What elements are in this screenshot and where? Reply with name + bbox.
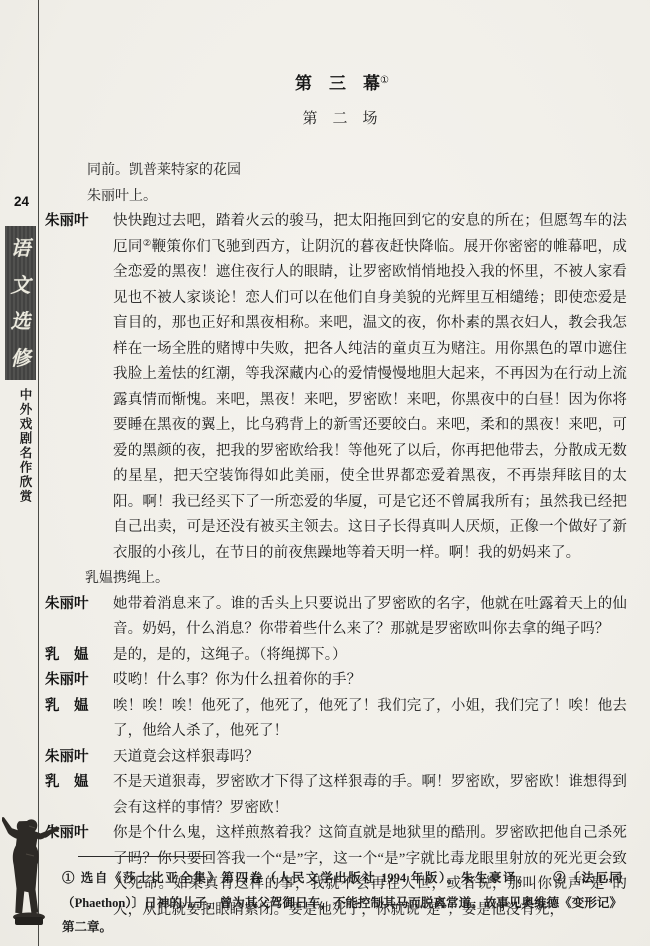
- dialogue-line: 乳 媪不是天道狠毒，罗密欧才下得了这样狠毒的手。啊！罗密欧，罗密欧！谁想得到会有…: [45, 770, 627, 821]
- footnote-divider: [78, 856, 206, 857]
- speech-text: 哎哟！什么事？你为什么扭着你的手？: [113, 668, 627, 694]
- stage-direction: 乳媪携绳上。: [45, 566, 627, 592]
- footnote-block: ① 选自《莎士比亚全集》第四卷（人民文学出版社 1994 年版）。朱生豪译。 ②…: [62, 848, 622, 940]
- setting-direction: 同前。凯普莱特家的花园: [45, 158, 627, 184]
- book-page: 24 语 文 选 修 中外戏剧名作欣赏 第 三 幕① 第 二 场 同前。凯普莱特…: [0, 0, 650, 946]
- speech-text: 是的，是的，这绳子。（将绳掷下。）: [113, 643, 627, 669]
- statue-illustration: [2, 814, 60, 932]
- speaker-name: 朱丽叶: [45, 745, 89, 771]
- speech-text: 快快跑过去吧，踏着火云的骏马，把太阳拖回到它的安息的所在；但愿驾车的法厄同②鞭策…: [113, 209, 627, 566]
- speaker-name: 朱丽叶: [45, 668, 89, 694]
- series-char: 选: [11, 311, 31, 331]
- speech-text: 不是天道狠毒，罗密欧才下得了这样狠毒的手。啊！罗密欧，罗密欧！谁想得到会有这样的…: [113, 770, 627, 821]
- speaker-name: 乳 媪: [45, 694, 89, 720]
- speech-text: 她带着消息来了。谁的舌头上只要说出了罗密欧的名字，他就在吐露着天上的仙音。奶妈，…: [113, 592, 627, 643]
- subseries-vertical-label: 中外戏剧名作欣赏: [16, 388, 34, 504]
- series-char: 修: [11, 348, 31, 368]
- margin-rule: [38, 0, 39, 946]
- act-title: 第 三 幕①: [45, 70, 627, 95]
- dialogue-line: 朱丽叶天道竟会这样狠毒吗？: [45, 745, 627, 771]
- main-text-column: 第 三 幕① 第 二 场 同前。凯普莱特家的花园 朱丽叶上。 朱丽叶快快跑过去吧…: [45, 0, 627, 923]
- series-banner: 语 文 选 修: [5, 226, 36, 380]
- dialogue-line: 乳 媪是的，是的，这绳子。（将绳掷下。）: [45, 643, 627, 669]
- entrance-direction: 朱丽叶上。: [45, 184, 627, 210]
- dialogue-line: 朱丽叶她带着消息来了。谁的舌头上只要说出了罗密欧的名字，他就在吐露着天上的仙音。…: [45, 592, 627, 643]
- dialogue-line: 朱丽叶哎哟！什么事？你为什么扭着你的手？: [45, 668, 627, 694]
- scene-title: 第 二 场: [45, 108, 627, 129]
- speaker-name: 乳 媪: [45, 770, 89, 796]
- speech-text: 天道竟会这样狠毒吗？: [113, 745, 627, 771]
- speaker-name: 朱丽叶: [45, 209, 89, 235]
- act-title-text: 第 三 幕: [295, 74, 380, 93]
- speaker-name: 朱丽叶: [45, 592, 89, 618]
- dialogue-list: 朱丽叶快快跑过去吧，踏着火云的骏马，把太阳拖回到它的安息的所在；但愿驾车的法厄同…: [45, 209, 627, 923]
- page-number: 24: [14, 194, 29, 209]
- series-char: 语: [11, 238, 31, 258]
- act-title-note: ①: [380, 75, 389, 86]
- series-char: 文: [11, 275, 31, 295]
- footnote-text: ① 选自《莎士比亚全集》第四卷（人民文学出版社 1994 年版）。朱生豪译。 ②…: [62, 866, 622, 940]
- dialogue-line: 乳 媪唉！唉！唉！他死了，他死了，他死了！我们完了，小姐，我们完了！唉！他去了，…: [45, 694, 627, 745]
- dialogue-line: 朱丽叶快快跑过去吧，踏着火云的骏马，把太阳拖回到它的安息的所在；但愿驾车的法厄同…: [45, 209, 627, 566]
- speech-text: 唉！唉！唉！他死了，他死了，他死了！我们完了，小姐，我们完了！唉！他去了，他给人…: [113, 694, 627, 745]
- speaker-name: 乳 媪: [45, 643, 89, 669]
